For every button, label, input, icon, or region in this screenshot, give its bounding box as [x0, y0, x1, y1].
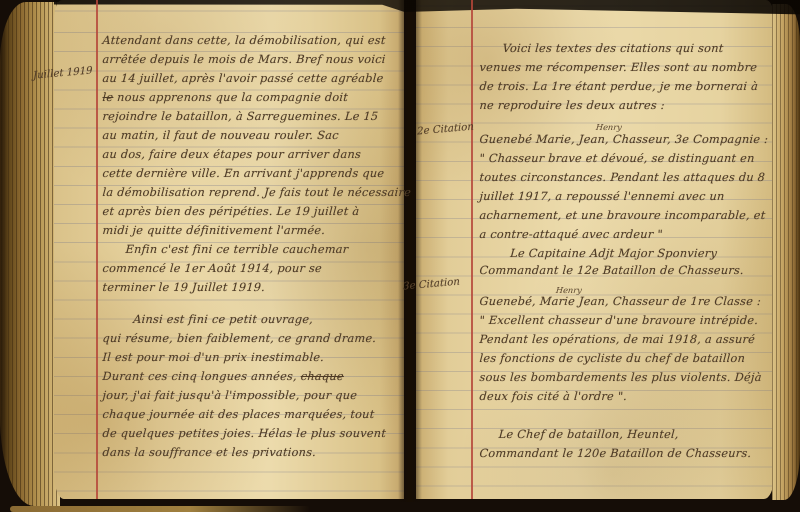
handwriting-line: Commandant le 120e Bataillon de Chasseur…	[479, 447, 752, 461]
handwriting-line: dans la souffrance et les privations.	[102, 446, 317, 460]
handwriting-line: " Excellent chasseur d'une bravoure intr…	[479, 314, 759, 328]
handwriting-line: de trois. La 1re étant perdue, je me bor…	[479, 80, 759, 94]
handwriting-line: venues me récompenser. Elles sont au nom…	[479, 61, 758, 75]
handwriting-line: Durant ces cinq longues années, chaque	[102, 370, 344, 384]
line-text: Durant ces cinq longues années,	[102, 370, 301, 383]
handwriting-line: au 14 juillet, après l'avoir passé cette…	[102, 72, 384, 86]
handwriting-line: Il est pour moi d'un prix inestimable.	[102, 351, 325, 365]
interline-insertion: Henry	[555, 285, 582, 295]
handwriting-line: Guenebé, Marie Jean, Chasseur de 1re Cla…	[479, 295, 762, 309]
handwriting-line: Ainsi est fini ce petit ouvrage,	[102, 313, 314, 327]
handwriting-line: de quelques petites joies. Hélas le plus…	[102, 427, 387, 441]
handwriting-line: les fonctions de cycliste du chef de bat…	[479, 352, 746, 366]
handwriting-line: Voici les textes des citations qui sont	[479, 42, 724, 56]
handwriting-line: juillet 1917, a repoussé l'ennemi avec u…	[479, 190, 725, 204]
handwriting-line: au matin, il faut de nouveau rouler. Sac	[102, 129, 339, 143]
handwriting-line: ne reproduire les deux autres :	[479, 99, 665, 113]
handwriting-line: qui résume, bien faiblement, ce grand dr…	[102, 332, 377, 346]
handwriting-line: acharnement, et une bravoure incomparabl…	[479, 209, 766, 223]
handwriting-line: Attendant dans cette, la démobilisation,…	[102, 34, 386, 48]
handwriting-line: arrêtée depuis le mois de Mars. Bref nou…	[102, 53, 386, 67]
handwriting-line: Le Chef de bataillon, Heuntel,	[479, 428, 679, 442]
handwriting-line: sous les bombardements les plus violents…	[479, 371, 762, 385]
handwriting-line: commencé le 1er Août 1914, pour se	[102, 262, 322, 276]
bottom-cover-edge	[10, 506, 310, 512]
interline-insertion: Henry	[595, 122, 622, 132]
handwriting-line: au dos, faire deux étapes pour arriver d…	[102, 148, 362, 162]
handwriting-line: " Chasseur brave et dévoué, se distingua…	[479, 152, 755, 166]
handwriting-line: jour, j'ai fait jusqu'à l'impossible, po…	[102, 389, 358, 403]
right-margin-rule	[471, 0, 473, 499]
handwriting-line: midi je quitte définitivement l'armée.	[102, 224, 326, 238]
handwriting-line: terminer le 19 Juillet 1919.	[102, 281, 266, 295]
struck-word: chaque	[300, 370, 344, 383]
handwriting-line: Commandant le 12e Bataillon de Chasseurs…	[479, 264, 744, 278]
handwriting-line: le nous apprenons que la compagnie doit	[102, 91, 349, 105]
handwriting-line: chaque journée ait des places marquées, …	[102, 408, 375, 422]
handwriting-line: Le Capitaine Adjt Major Sponviery	[479, 247, 718, 261]
notebook-scan: Juillet 1919 Attendant dans cette, la dé…	[0, 0, 800, 512]
handwriting-line: cette dernière ville. En arrivant j'appr…	[102, 167, 385, 181]
handwriting-line: Enfin c'est fini ce terrible cauchemar	[102, 243, 349, 257]
handwriting-line: Pendant les opérations, de mai 1918, a a…	[479, 333, 756, 347]
handwriting-line: a contre-attaqué avec ardeur "	[479, 228, 663, 242]
left-margin-rule	[96, 0, 98, 499]
handwriting-line: toutes circonstances. Pendant les attaqu…	[479, 171, 766, 185]
handwriting-line: Guenebé Marie, Jean, Chasseur, 3e Compag…	[479, 133, 769, 147]
handwriting-line: et après bien des péripéties. Le 19 juil…	[102, 205, 360, 219]
stacked-page-edges-right	[772, 4, 800, 500]
handwriting-line: deux fois cité à l'ordre ".	[479, 390, 628, 404]
line-text: nous apprenons que la compagnie doit	[113, 91, 349, 104]
handwriting-line: rejoindre le bataillon, à Sarreguemines.…	[102, 110, 379, 124]
handwriting-line: la démobilisation reprend. Je fais tout …	[102, 186, 411, 200]
binding-gutter-shadow	[398, 0, 422, 502]
